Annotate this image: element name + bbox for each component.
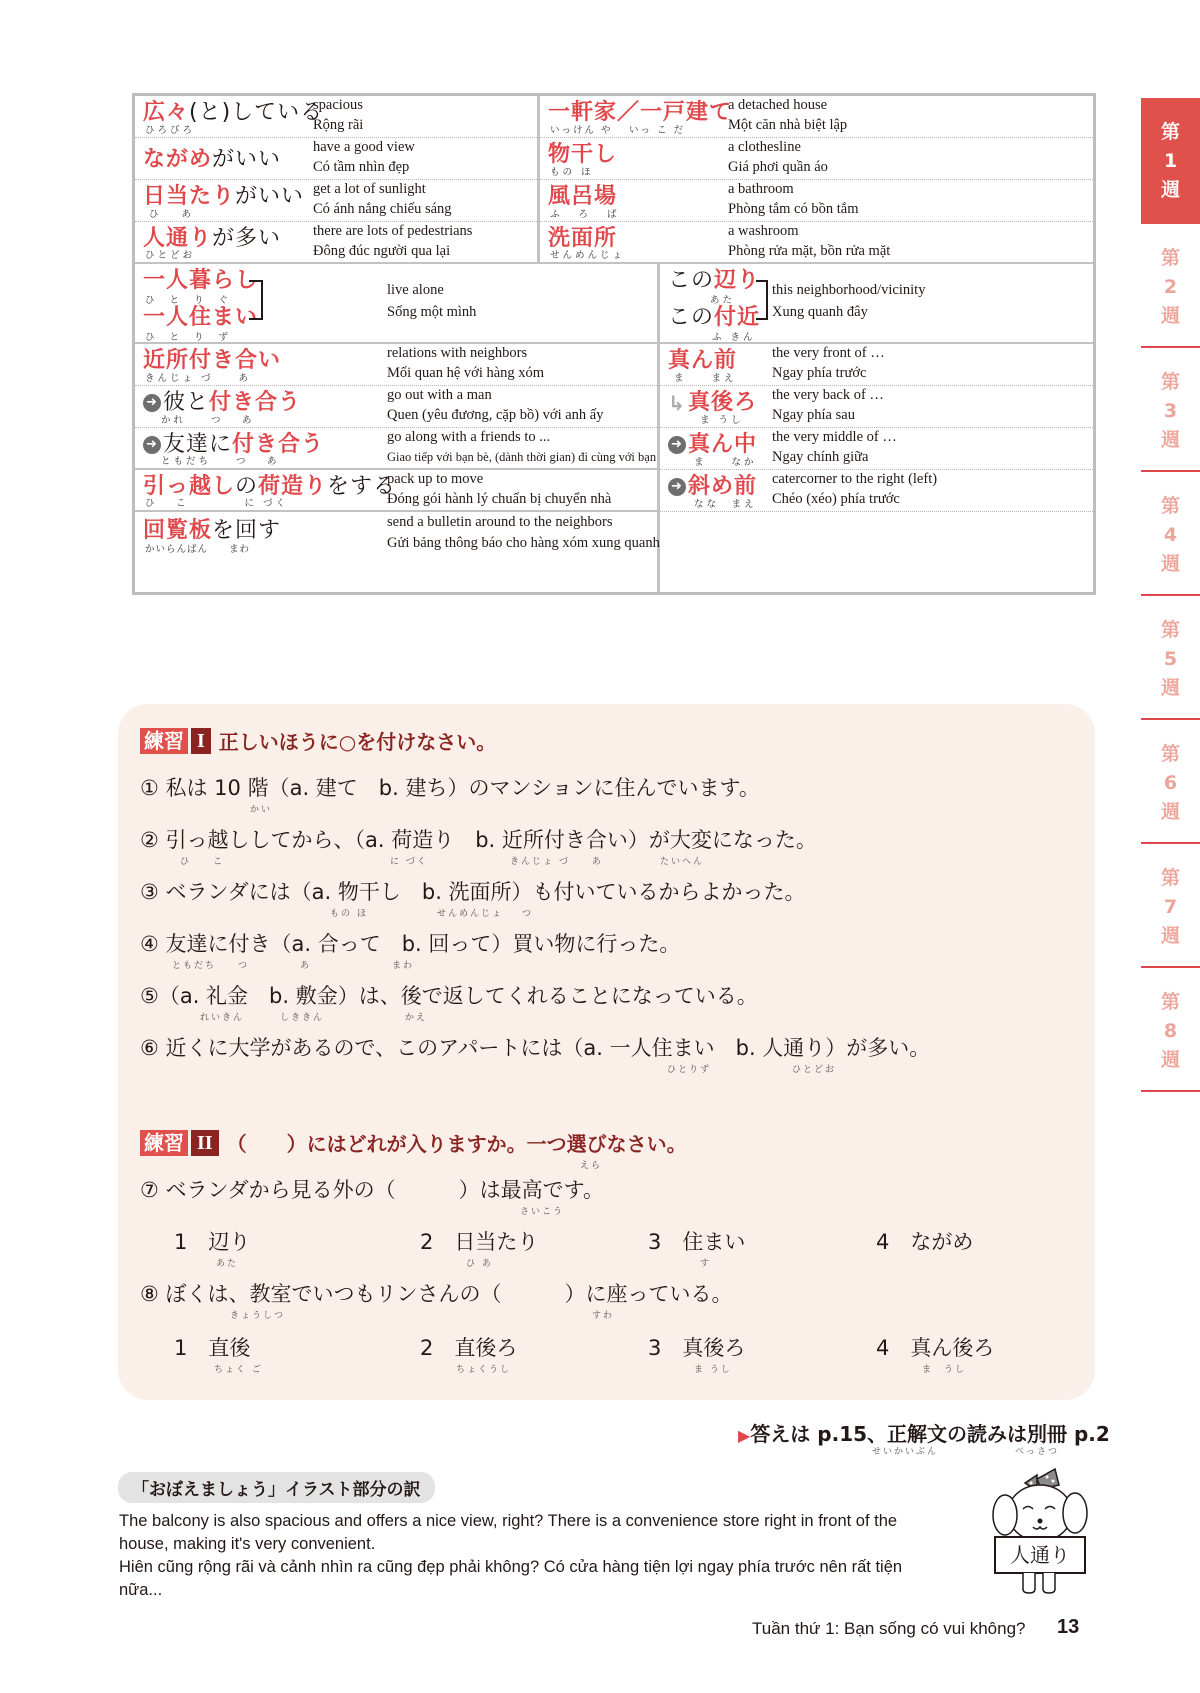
week-prefix: 第	[1141, 616, 1200, 645]
answer-reference-text: 答えは p.15、正解文の読みは別冊 p.2	[750, 1422, 1110, 1446]
week-tab-2[interactable]: 第2週	[1141, 224, 1200, 348]
answer-reference: ▶答えは p.15、正解文の読みは別冊 p.2	[738, 1418, 1110, 1447]
translation-vietnamese: Hiên cũng rộng rãi và cảnh nhìn ra cũng …	[119, 1556, 929, 1602]
option-number: 3	[648, 1336, 661, 1360]
furigana: もの ほ	[550, 164, 594, 178]
question-4: ④ 友達に付き（a. 合って b. 回って）買い物に行った。	[140, 928, 680, 958]
week-prefix: 第	[1141, 864, 1200, 893]
vocab-row: ➜友達に付き合う ともだち つ あ go along with a friend…	[135, 428, 657, 470]
furigana: つ	[522, 906, 533, 919]
bracket-icon	[756, 280, 768, 320]
translation-heading: 「おぼえましょう」イラスト部分の訳	[118, 1472, 435, 1503]
term-prefix: この	[668, 305, 714, 330]
furigana: べっさつ	[1015, 1444, 1059, 1457]
furigana: ま うし	[694, 1362, 732, 1375]
vietnamese-meaning: Phòng rửa mặt, bồn rửa mặt	[728, 243, 890, 260]
vocab-row: 風呂場 ふ ろ ば a bathroom Phòng tắm có bồn tắ…	[540, 180, 1093, 222]
vocab-row: 広々(と)している ひろびろ spacious Rộng rãi	[135, 96, 537, 138]
week-tab-4[interactable]: 第4週	[1141, 472, 1200, 596]
english-meaning: go out with a man	[387, 387, 492, 404]
furigana: に づく	[390, 854, 428, 867]
week-suffix: 週	[1141, 1046, 1200, 1075]
term-suffix: (と)している	[189, 100, 323, 125]
question-7: ⑦ ベランダから見る外の（ ）は最高です。	[140, 1174, 604, 1204]
week-tab-1[interactable]: 第1週	[1141, 98, 1200, 224]
furigana: すわ	[592, 1308, 614, 1321]
english-meaning: get a lot of sunlight	[313, 181, 426, 198]
week-number: 1	[1141, 147, 1200, 176]
english-meaning: a detached house	[728, 97, 827, 114]
furigana: なな まえ	[694, 496, 757, 510]
furigana: いっけん や いっ こ だ	[550, 122, 685, 136]
option-number: 1	[174, 1336, 187, 1360]
exercise-2-heading: 練習II（ ）にはどれが入りますか。一つ選びなさい。	[140, 1128, 687, 1157]
english-meaning: a bathroom	[728, 181, 794, 198]
furigana: さいこう	[520, 1204, 564, 1217]
option-8-2[interactable]: 2 直後ろ	[420, 1332, 517, 1362]
english-meaning: have a good view	[313, 139, 415, 156]
vietnamese-meaning: Giao tiếp với bạn bè, (dành thời gian) đ…	[387, 450, 656, 465]
english-meaning: a clothesline	[728, 139, 801, 156]
vocab-row: 物干し もの ほ a clothesline Giá phơi quần áo	[540, 138, 1093, 180]
furigana: せいかいぶん	[872, 1444, 938, 1457]
furigana: ま うし	[922, 1362, 966, 1375]
english-meaning: the very front of …	[772, 345, 885, 362]
vietnamese-meaning: Phòng tắm có bồn tắm	[728, 201, 859, 218]
vocab-row: ➜斜め前 なな まえ catercorner to the right (lef…	[660, 470, 1093, 512]
english-meaning: this neighborhood/vicinity	[772, 282, 925, 299]
question-2: ② 引っ越ししてから、（a. 荷造り b. 近所付き合い）が大変になった。	[140, 824, 817, 854]
term-suffix: がいい	[235, 184, 304, 209]
furigana: ふ ろ ば	[550, 206, 625, 220]
term: ながめ	[143, 147, 212, 172]
question-1: ① 私は 10 階（a. 建て b. 建ち）のマンションに住んでいます。	[140, 772, 760, 802]
arrow-right-icon: ➜	[143, 394, 161, 412]
question-8: ⑧ ぼくは、教室でいつもリンさんの（ ）に座っている。	[140, 1278, 733, 1308]
option-text: 直後ろ	[454, 1336, 517, 1360]
question-6: ⑥ 近くに大学があるので、このアパートには（a. 一人住まい b. 人通り）が多…	[140, 1032, 930, 1062]
vocab-row: ➜真ん中 ま なか the very middle of … Ngay chín…	[660, 428, 1093, 470]
vocab-row-vicinity: この辺り あた この付近 ふ きん this neighborhood/vici…	[660, 264, 1093, 344]
furigana: もの ほ	[330, 906, 368, 919]
exercise-number: I	[191, 728, 211, 754]
furigana: きんじょ づ あ	[510, 854, 603, 867]
option-number: 1	[174, 1230, 187, 1254]
vocab-row: 引っ越しの荷造りをする ひ こ に づく pack up to move Đón…	[135, 470, 657, 512]
week-number: 5	[1141, 645, 1200, 674]
arrow-right-icon: ➜	[668, 436, 686, 454]
week-tab-3[interactable]: 第3週	[1141, 348, 1200, 472]
vocab-row: 真ん前 ま まえ the very front of … Ngay phía t…	[660, 344, 1093, 386]
chapter-footer: Tuần thứ 1: Bạn sống có vui không?	[752, 1619, 1026, 1639]
furigana: ひ あ	[466, 1256, 493, 1269]
english-meaning: pack up to move	[387, 471, 483, 488]
week-number: 6	[1141, 769, 1200, 798]
exercise-badge: 練習	[140, 728, 188, 754]
term: 辺り	[714, 268, 760, 293]
vietnamese-meaning: Rộng rãi	[313, 117, 363, 134]
vocab-row: 日当たりがいい ひ あ get a lot of sunlight Có ánh…	[135, 180, 537, 222]
week-suffix: 週	[1141, 674, 1200, 703]
furigana: あた	[710, 292, 735, 306]
furigana: ひろびろ	[145, 122, 195, 136]
week-number: 7	[1141, 893, 1200, 922]
english-meaning: spacious	[313, 97, 363, 114]
week-suffix: 週	[1141, 426, 1200, 455]
vocab-row: 洗面所 せんめんじょ a washroom Phòng rửa mặt, bồn…	[540, 222, 1093, 264]
option-number: 2	[420, 1230, 433, 1254]
furigana: ひとどお	[792, 1062, 836, 1075]
furigana: あ	[300, 958, 311, 971]
option-text: 真ん後ろ	[910, 1336, 994, 1360]
mascot-dog-illustration: 人通り	[985, 1465, 1095, 1600]
furigana: ひ こ に づく	[145, 495, 288, 509]
week-number: 4	[1141, 521, 1200, 550]
term-suffix: をする	[327, 474, 396, 499]
triangle-pointer-icon: ▶	[738, 1426, 750, 1445]
option-8-1[interactable]: 1 直後	[174, 1332, 250, 1362]
furigana: かい	[250, 802, 272, 815]
option-7-1[interactable]: 1 辺り	[174, 1226, 250, 1256]
furigana: かえ	[405, 1010, 427, 1023]
vocabulary-table: 広々(と)している ひろびろ spacious Rộng rãi ながめがいい …	[132, 93, 1096, 595]
option-text: 辺り	[208, 1230, 250, 1254]
arrow-right-icon: ➜	[143, 436, 161, 454]
vocab-row: 一軒家／一戸建て いっけん や いっ こ だ a detached house …	[540, 96, 1093, 138]
furigana: ふ きん	[712, 329, 756, 343]
term: 一人住まい	[143, 305, 258, 330]
vietnamese-meaning: Đóng gói hành lý chuẩn bị chuyển nhà	[387, 491, 611, 508]
furigana: せんめんじょ	[437, 906, 503, 919]
english-meaning: there are lots of pedestrians	[313, 223, 472, 240]
turn-arrow-icon: ↳	[668, 394, 686, 412]
vietnamese-meaning: Có ánh nắng chiếu sáng	[313, 201, 452, 218]
vietnamese-meaning: Quen (yêu đương, cặp bồ) với anh ấy	[387, 407, 603, 424]
option-7-3[interactable]: 3 住まい	[648, 1226, 745, 1256]
exercise-instruction: （ ）にはどれが入りますか。一つ選びなさい。	[227, 1128, 687, 1157]
furigana: たいへん	[660, 854, 704, 867]
english-meaning: a washroom	[728, 223, 798, 240]
vocab-row: 人通りが多い ひとどお there are lots of pedestrian…	[135, 222, 537, 264]
vietnamese-meaning: Giá phơi quần áo	[728, 159, 828, 176]
option-8-4[interactable]: 4 真ん後ろ	[876, 1332, 994, 1362]
furigana: ひ あ	[149, 206, 201, 220]
week-number: 2	[1141, 273, 1200, 302]
vietnamese-meaning: Sống một mình	[387, 304, 476, 321]
arrow-right-icon: ➜	[668, 478, 686, 496]
week-suffix: 週	[1141, 550, 1200, 579]
week-suffix: 週	[1141, 798, 1200, 827]
week-prefix: 第	[1141, 368, 1200, 397]
week-prefix: 第	[1141, 988, 1200, 1017]
translation-english: The balcony is also spacious and offers …	[119, 1510, 929, 1556]
dog-icon: 人通り	[985, 1465, 1095, 1600]
week-suffix: 週	[1141, 922, 1200, 951]
furigana: ともだち つ あ	[161, 453, 280, 467]
english-meaning: the very back of …	[772, 387, 884, 404]
exercise-badge: 練習	[140, 1130, 188, 1156]
translation-text: The balcony is also spacious and offers …	[119, 1510, 929, 1602]
furigana: かれ つ あ	[161, 412, 255, 426]
english-meaning: live alone	[387, 282, 444, 299]
furigana: かいらんばん まわ	[145, 541, 250, 555]
term: 付近	[714, 305, 760, 330]
option-number: 2	[420, 1336, 433, 1360]
furigana: きんじょ づ あ	[145, 370, 251, 384]
vietnamese-meaning: Ngay phía sau	[772, 407, 855, 424]
english-meaning: catercorner to the right (left)	[772, 471, 937, 488]
furigana: ひとりず	[667, 1062, 711, 1075]
week-prefix: 第	[1141, 244, 1200, 273]
vietnamese-meaning: Mối quan hệ với hàng xóm	[387, 365, 544, 382]
furigana: ひ と り ぐ	[145, 292, 234, 306]
week-tab-8[interactable]: 第8週	[1141, 968, 1200, 1092]
week-suffix: 週	[1141, 302, 1200, 331]
vietnamese-meaning: Ngay phía trước	[772, 365, 866, 382]
furigana: あた	[216, 1256, 238, 1269]
exercise-number: II	[191, 1130, 219, 1156]
furigana: きょうしつ	[230, 1308, 285, 1321]
week-prefix: 第	[1141, 492, 1200, 521]
option-text: 住まい	[682, 1230, 745, 1254]
vietnamese-meaning: Gửi bảng thông báo cho hàng xóm xung qua…	[387, 535, 660, 552]
furigana: ひ こ	[180, 854, 224, 867]
english-meaning: send a bulletin around to the neighbors	[387, 514, 613, 531]
bracket-icon	[249, 280, 263, 320]
week-tab-7[interactable]: 第7週	[1141, 844, 1200, 968]
option-8-3[interactable]: 3 真後ろ	[648, 1332, 745, 1362]
furigana: す	[700, 1256, 711, 1269]
week-tab-5[interactable]: 第5週	[1141, 596, 1200, 720]
vocab-row: ↳真後ろ ま うし the very back of … Ngay phía s…	[660, 386, 1093, 428]
term: 回覧板	[143, 518, 212, 543]
vocab-row: ながめがいい have a good view Có tầm nhìn đẹp	[135, 138, 537, 180]
vocab-row: 回覧板を回す かいらんばん まわ send a bulletin around …	[135, 512, 657, 556]
question-3: ③ ベランダには（a. 物干し b. 洗面所）も付いているからよかった。	[140, 876, 806, 906]
furigana: ま なか	[694, 454, 757, 468]
option-text: 日当たり	[454, 1230, 538, 1254]
exercise-1-heading: 練習I正しいほうに○を付けなさい。	[140, 726, 496, 755]
week-tab-nav: 第1週 第2週 第3週 第4週 第5週 第6週 第7週 第8週	[1141, 98, 1200, 1092]
option-number: 3	[648, 1230, 661, 1254]
option-text: 直後	[208, 1336, 250, 1360]
option-text: ながめ	[910, 1230, 973, 1254]
furigana: まわ	[392, 958, 414, 971]
term-suffix: を回す	[212, 518, 281, 543]
furigana: ま うし	[700, 412, 744, 426]
vietnamese-meaning: Xung quanh đây	[772, 304, 868, 321]
furigana: ま まえ	[674, 370, 737, 384]
option-number: 4	[876, 1336, 889, 1360]
english-meaning: the very middle of …	[772, 429, 897, 446]
furigana: れいきん	[200, 1010, 244, 1023]
week-tab-6[interactable]: 第6週	[1141, 720, 1200, 844]
option-7-2[interactable]: 2 日当たり	[420, 1226, 538, 1256]
furigana: ともだち つ	[172, 958, 249, 971]
furigana: ひとどお	[145, 247, 195, 261]
term-suffix: がいい	[212, 147, 281, 172]
question-5: ⑤（a. 礼金 b. 敷金）は、後で返してくれることになっている。	[140, 980, 758, 1010]
week-prefix: 第	[1141, 740, 1200, 769]
week-number: 3	[1141, 397, 1200, 426]
furigana: せんめんじょ	[550, 247, 625, 261]
option-number: 4	[876, 1230, 889, 1254]
exercise-panel: 練習I正しいほうに○を付けなさい。 ① 私は 10 階（a. 建て b. 建ち）…	[118, 704, 1095, 1400]
option-7-4[interactable]: 4 ながめ	[876, 1226, 973, 1256]
furigana: ひ と り ず	[145, 329, 234, 343]
week-suffix: 週	[1141, 176, 1200, 205]
furigana: しききん	[280, 1010, 324, 1023]
exercise-instruction: 正しいほうに○を付けなさい。	[219, 726, 496, 755]
vietnamese-meaning: Chéo (xéo) phía trước	[772, 491, 900, 508]
term-prefix: この	[668, 268, 714, 293]
vietnamese-meaning: Ngay chính giữa	[772, 449, 868, 466]
vietnamese-meaning: Một căn nhà biệt lập	[728, 117, 847, 134]
week-number: 8	[1141, 1017, 1200, 1046]
english-meaning: go along with a friends to ...	[387, 429, 550, 446]
furigana: えら	[580, 1158, 602, 1171]
vocab-row: ➜彼と付き合う かれ つ あ go out with a man Quen (y…	[135, 386, 657, 428]
week-prefix: 第	[1141, 118, 1200, 147]
vocab-row: 近所付き合い きんじょ づ あ relations with neighbors…	[135, 344, 657, 386]
option-text: 真後ろ	[682, 1336, 745, 1360]
vocab-row-live-alone: 一人暮らし ひ と り ぐ 一人住まい ひ と り ず live alone S…	[135, 264, 657, 344]
english-meaning: relations with neighbors	[387, 345, 527, 362]
page-number: 13	[1057, 1616, 1079, 1639]
furigana: ちょく ご	[214, 1362, 263, 1375]
vietnamese-meaning: Có tầm nhìn đẹp	[313, 159, 409, 176]
term: 一人暮らし	[143, 268, 258, 293]
vietnamese-meaning: Đông đúc người qua lại	[313, 243, 450, 260]
term-suffix: が多い	[212, 226, 281, 251]
svg-text:人通り: 人通り	[1010, 1543, 1070, 1567]
furigana: ちょくうし	[456, 1362, 511, 1375]
